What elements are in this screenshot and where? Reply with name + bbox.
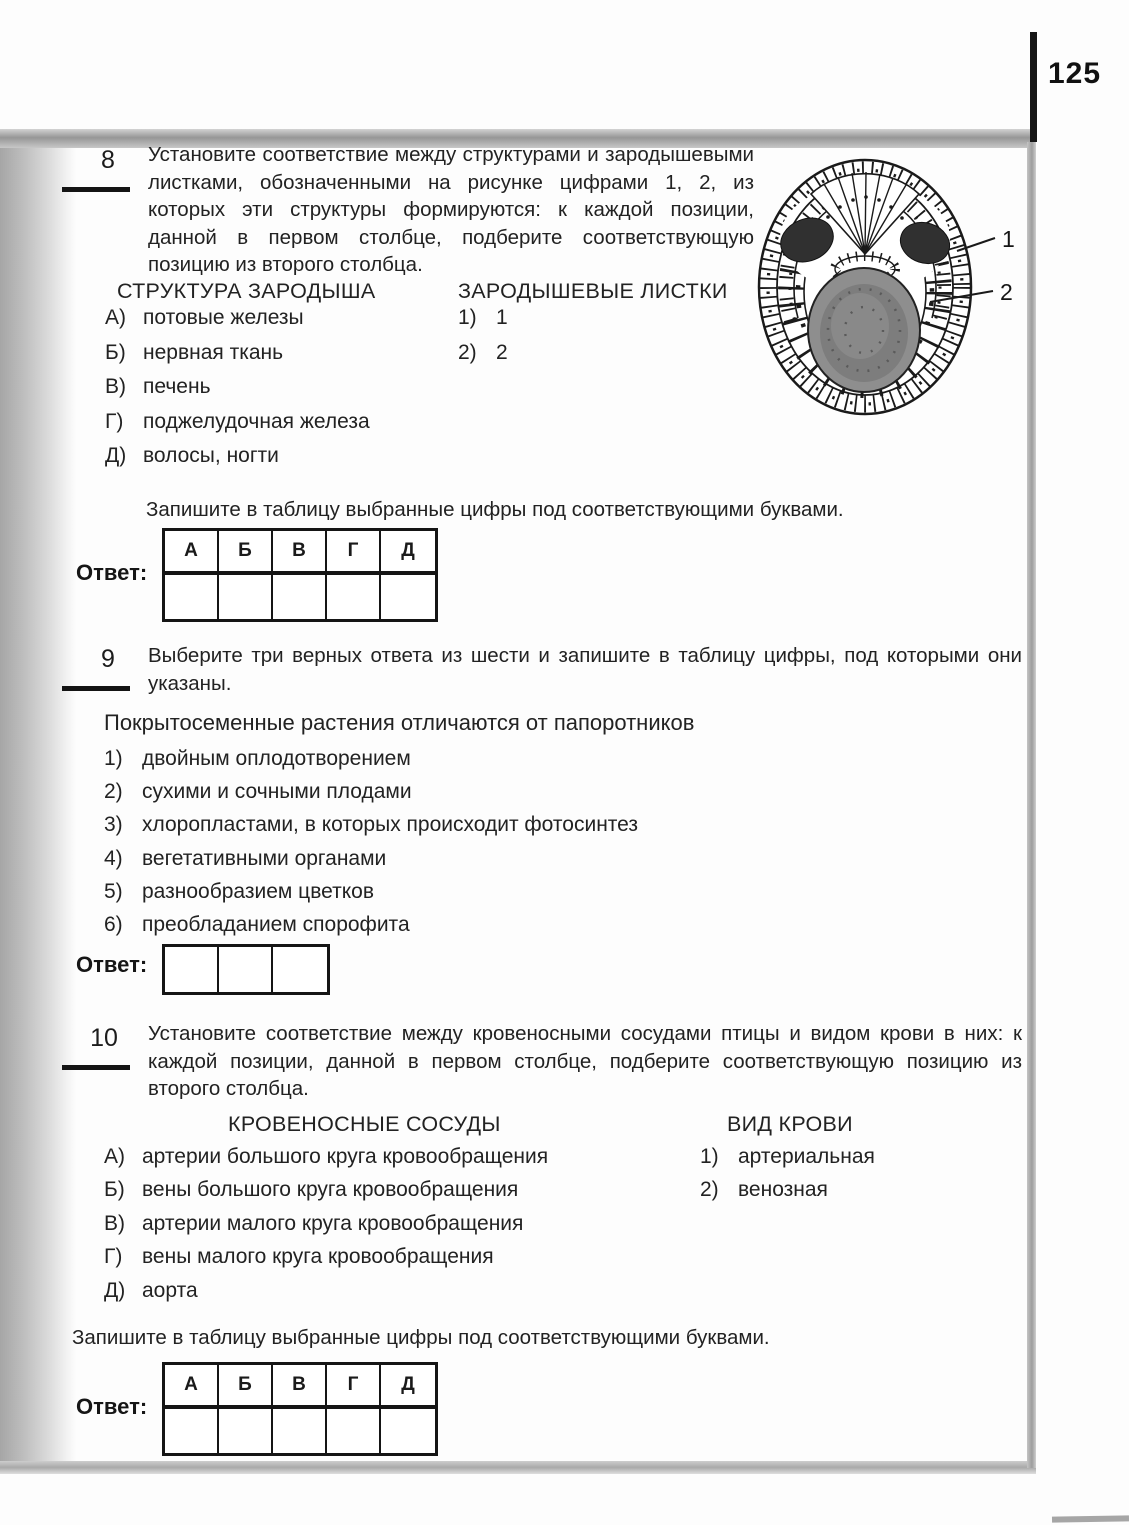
answer-column-header: А — [165, 1365, 219, 1409]
match-item: 1)артериальная — [700, 1145, 875, 1178]
option-item: 4)вегетативными органами — [104, 847, 638, 880]
match-item: Б)вены большого круга кровообращения — [104, 1178, 548, 1211]
q9-options: 1)двойным оплодотворением 2)сухими и соч… — [104, 747, 638, 946]
answer-column-header: Д — [381, 1365, 435, 1409]
match-item: 2)венозная — [700, 1178, 875, 1211]
q10-right-column-header: ВИД КРОВИ — [727, 1112, 853, 1137]
q8-right-column-header: ЗАРОДЫШЕВЫЕ ЛИСТКИ — [458, 279, 728, 304]
q8-answer-label: Ответ: — [76, 560, 147, 586]
question-9-number: 9 — [80, 645, 136, 674]
match-item: В)артерии малого круга кровообращения — [104, 1212, 548, 1245]
embryo-cross-section-illustration: 1 2 — [750, 152, 1050, 424]
question-10-marker-line — [62, 1065, 130, 1070]
scanned-exam-page: 125 8 Установите соответствие между стру… — [0, 0, 1129, 1525]
figure-label-2: 2 — [1000, 279, 1013, 305]
q8-answer-table: А Б В Г Д — [162, 528, 438, 622]
match-item: 2)2 — [458, 341, 508, 376]
q10-right-items: 1)артериальная 2)венозная — [700, 1145, 875, 1212]
answer-cell — [273, 1409, 327, 1453]
match-item: А)потовые железы — [105, 306, 370, 341]
answer-cell — [219, 1409, 273, 1453]
answer-cell — [327, 1409, 381, 1453]
answer-cell — [165, 947, 219, 992]
q9-answer-label: Ответ: — [76, 952, 147, 978]
q8-left-column-header: СТРУКТУРА ЗАРОДЫША — [117, 279, 376, 304]
q10-left-items: А)артерии большого круга кровообращения … — [104, 1145, 548, 1312]
q10-left-column-header: КРОВЕНОСНЫЕ СОСУДЫ — [228, 1112, 501, 1137]
q8-write-note: Запишите в таблицу выбранные цифры под с… — [146, 498, 844, 522]
answer-cell — [219, 947, 273, 992]
match-item: Д)волосы, ногти — [105, 444, 370, 479]
answer-column-header: Д — [381, 531, 435, 575]
scan-smudge — [1052, 1515, 1129, 1522]
page-header-bar — [1030, 32, 1037, 142]
match-item: А)артерии большого круга кровообращения — [104, 1145, 548, 1178]
q9-stem: Покрытосеменные растения отличаются от п… — [104, 710, 694, 736]
match-item: 1)1 — [458, 306, 508, 341]
match-item: Г)вены малого круга кровообращения — [104, 1245, 548, 1278]
answer-cell — [165, 1409, 219, 1453]
match-item: Д)аорта — [104, 1279, 548, 1312]
answer-column-header: Г — [327, 1365, 381, 1409]
q8-left-items: А)потовые железы Б)нервная ткань В)печен… — [105, 306, 370, 479]
answer-cell — [327, 575, 381, 619]
page-number: 125 — [1048, 57, 1101, 91]
q8-right-items: 1)1 2)2 — [458, 306, 508, 375]
q10-answer-label: Ответ: — [76, 1394, 147, 1420]
match-item: Г)поджелудочная железа — [105, 410, 370, 445]
question-10-number: 10 — [76, 1024, 132, 1053]
answer-cell — [273, 947, 327, 992]
answer-column-header: Б — [219, 1365, 273, 1409]
answer-column-header: Б — [219, 531, 273, 575]
match-item: В)печень — [105, 375, 370, 410]
answer-column-header: Г — [327, 531, 381, 575]
scan-bottom-edge — [0, 1461, 1036, 1474]
answer-column-header: В — [273, 531, 327, 575]
option-item: 5)разнообразием цветков — [104, 880, 638, 913]
answer-cell — [273, 575, 327, 619]
question-9-marker-line — [62, 686, 130, 691]
question-8-prompt: Установите соответствие между структурам… — [148, 141, 754, 279]
answer-column-header: А — [165, 531, 219, 575]
q10-write-note: Запишите в таблицу выбранные цифры под с… — [72, 1326, 770, 1350]
option-item: 3)хлоропластами, в которых происходит фо… — [104, 813, 638, 846]
question-10-prompt: Установите соответствие между кровеносны… — [148, 1020, 1022, 1103]
answer-column-header: В — [273, 1365, 327, 1409]
answer-cell — [381, 1409, 435, 1453]
scan-left-shadow — [0, 129, 76, 1474]
option-item: 6)преобладанием спорофита — [104, 913, 638, 946]
question-8-number: 8 — [80, 146, 136, 175]
figure-label-1: 1 — [1002, 226, 1015, 252]
q10-answer-table: А Б В Г Д — [162, 1362, 438, 1456]
embryo-figure: 1 2 — [750, 152, 1050, 424]
option-item: 1)двойным оплодотворением — [104, 747, 638, 780]
option-item: 2)сухими и сочными плодами — [104, 780, 638, 813]
answer-cell — [165, 575, 219, 619]
answer-cell — [381, 575, 435, 619]
question-9-prompt: Выберите три верных ответа из шести и за… — [148, 642, 1022, 697]
answer-cell — [219, 575, 273, 619]
q9-answer-table — [162, 944, 330, 995]
match-item: Б)нервная ткань — [105, 341, 370, 376]
question-8-marker-line — [62, 187, 130, 192]
